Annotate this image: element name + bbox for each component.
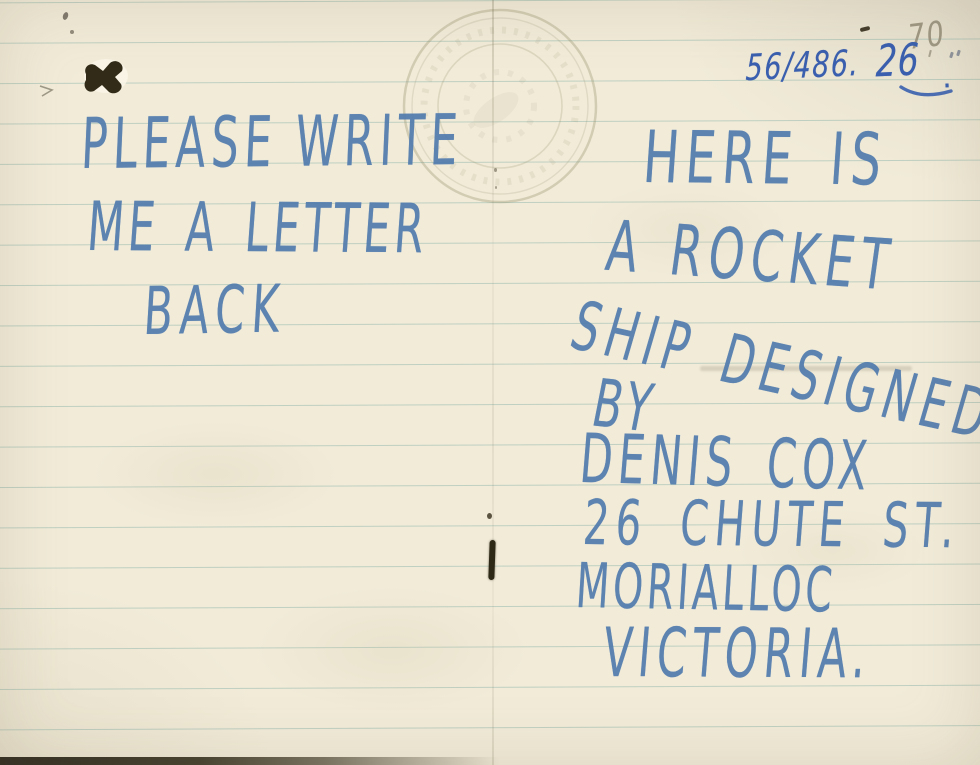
handwritten-line: MORIALLOC	[574, 555, 838, 621]
fold-speck	[495, 186, 497, 189]
fold-speck	[487, 513, 492, 519]
handwritten-line: BACK	[142, 277, 289, 346]
handwritten-line: ME A LETTER	[85, 194, 430, 264]
registry-number: 56/486. 26 .	[746, 35, 952, 88]
fold-speck	[494, 168, 497, 172]
registry-item: 26	[875, 38, 920, 84]
handwritten-line: HERE IS	[641, 121, 890, 196]
scan-edge-shadow	[0, 757, 500, 765]
letter-scan-page: 70 56/486. 26 . PLEASE WRITE ME A LETTER…	[0, 0, 980, 765]
registry-item-dot: .	[941, 63, 952, 93]
registry-prefix: 56/486.	[745, 46, 860, 87]
handwritten-line: A ROCKET	[602, 211, 899, 301]
handwritten-line: PLEASE WRITE	[80, 105, 465, 179]
paper-speck	[70, 30, 74, 34]
handwritten-line: VICTORIA.	[600, 620, 874, 689]
pencil-scratch	[38, 82, 58, 102]
punch-hole	[82, 56, 130, 98]
handwritten-line: 26 CHUTE ST.	[581, 492, 963, 557]
